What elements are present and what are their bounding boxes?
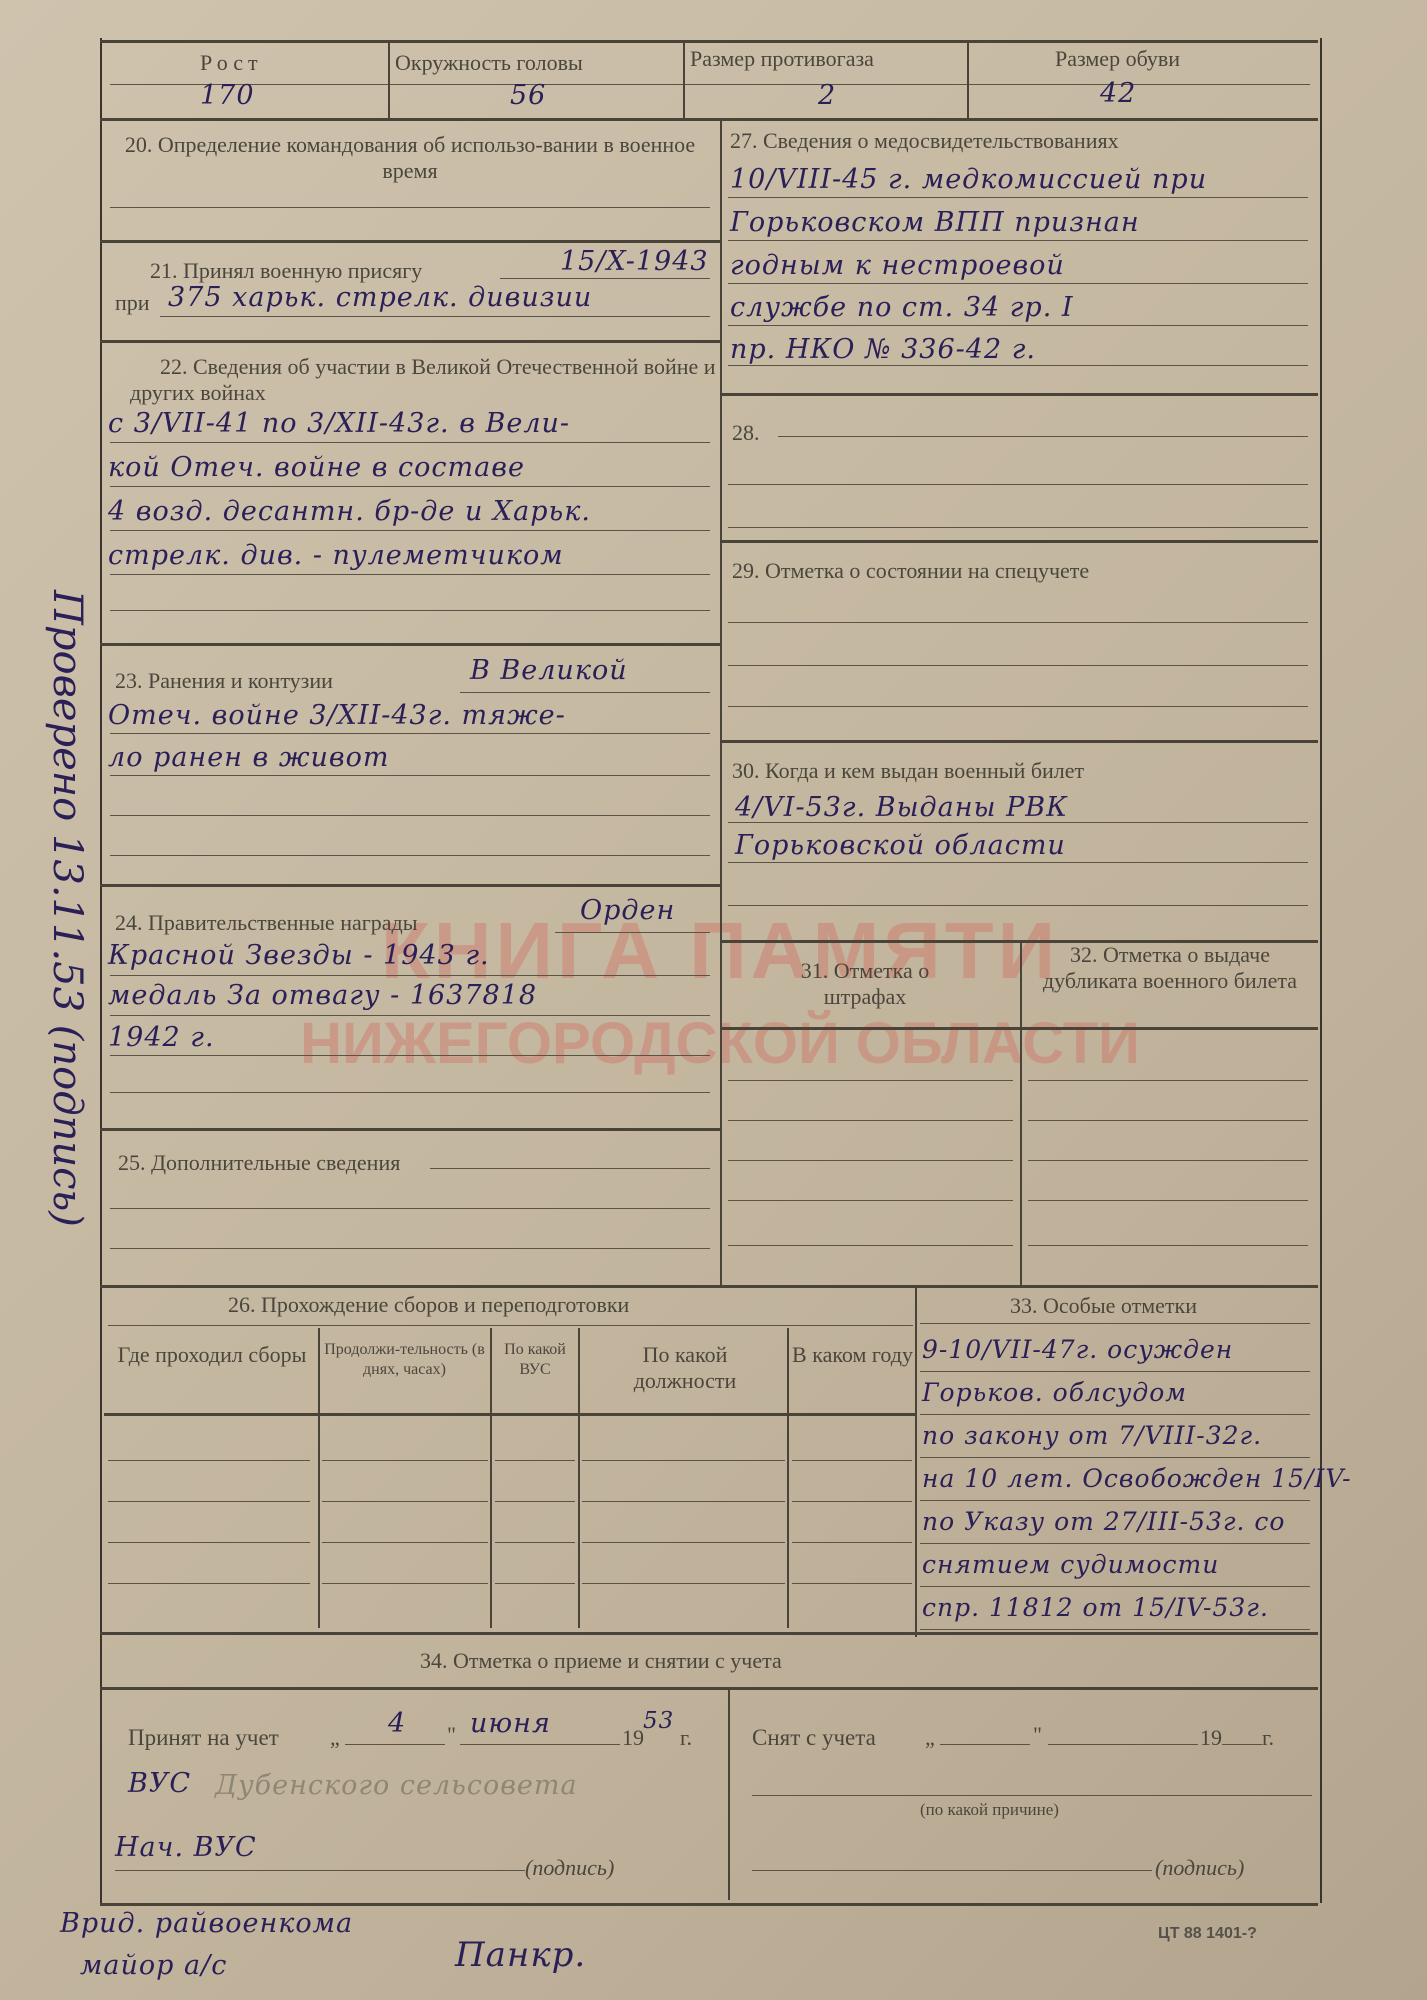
section-22-line-4: стрелк. див. - пулеметчиком [108, 540, 564, 571]
table-row-rule [108, 1583, 310, 1584]
table-row-rule [582, 1460, 785, 1461]
table-row-rule [108, 1501, 310, 1502]
section-23-line-2: Отеч. войне 3/XII-43г. тяже- [108, 700, 566, 731]
col-header-duration: Продолжи-тельность (в днях, часах) [322, 1340, 487, 1380]
accepted-day: 4 [388, 1708, 406, 1739]
accepted-stamp-vus: ВУС [128, 1768, 191, 1799]
section-24-line-4: 1942 г. [108, 1022, 215, 1053]
table-row-rule [792, 1583, 912, 1584]
removed-year-suffix: г. [1262, 1725, 1274, 1751]
table-row-rule [495, 1583, 575, 1584]
section-29-label: 29. Отметка о состоянии на спецучете [732, 558, 1089, 584]
section-25-label: 25. Дополнительные сведения [118, 1150, 400, 1176]
col-header-where: Где проходил сборы [112, 1342, 312, 1368]
table-row-rule [322, 1542, 488, 1543]
table-row-rule [582, 1542, 785, 1543]
section-21-label: 21. Принял военную присягу [150, 258, 422, 284]
section-34-title: 34. Отметка о приеме и снятии с учета [420, 1648, 782, 1674]
quote-open: „ [330, 1725, 340, 1751]
table-row-rule [322, 1460, 488, 1461]
accepted-signature-hint: (подпись) [525, 1855, 614, 1881]
section-33-rule [920, 1629, 1310, 1630]
section-33-line: спр. 11812 от 15/IV-53г. [922, 1593, 1269, 1622]
section-23-label: 23. Ранения и контузии [115, 668, 333, 694]
col-header-position: По какой должности [590, 1342, 780, 1394]
table-row-rule [495, 1542, 575, 1543]
section-21-unit: 375 харьк. стрелк. дивизии [168, 282, 592, 313]
section-33-rule [920, 1500, 1310, 1501]
table-row-rule [322, 1501, 488, 1502]
accepted-year-suffix: г. [680, 1725, 692, 1751]
section-21-date: 15/X-1943 [560, 246, 709, 277]
section-33-line: по Указу от 27/III-53г. со [922, 1507, 1286, 1536]
quote-close: " [447, 1722, 456, 1748]
table-row-rule [322, 1583, 488, 1584]
section-33-rule [920, 1457, 1310, 1458]
section-28-label: 28. [732, 420, 760, 446]
section-22-line-3: 4 возд. десантн. бр-де и Харьк. [108, 496, 591, 527]
footer-signature: Панкр. [455, 1935, 586, 1975]
removed-label: Снят с учета [752, 1725, 876, 1751]
accepted-year-prefix: 19 [622, 1725, 644, 1751]
quote-close-2: " [1033, 1722, 1042, 1748]
accepted-council-name: Дубенского сельсовета [215, 1770, 578, 1801]
accepted-year: 53 [643, 1708, 674, 1734]
section-33-rule [920, 1586, 1310, 1587]
section-24-line-2: Красной Звезды - 1943 г. [108, 940, 490, 971]
section-33-line: снятием судимости [922, 1550, 1219, 1579]
table-row-rule [582, 1501, 785, 1502]
section-20-label: 20. Определение командования об использо… [110, 132, 710, 184]
section-24-line-1: Орден [580, 895, 675, 926]
section-22-label: 22. Сведения об участии в Великой Отечес… [130, 354, 720, 406]
table-row-rule [495, 1501, 575, 1502]
quote-open-2: „ [925, 1725, 935, 1751]
col-header-vus: По какой ВУС [495, 1340, 575, 1380]
section-23-line-3: ло ранен в живот [108, 742, 390, 773]
removed-signature-hint: (подпись) [1155, 1855, 1244, 1881]
section-33-line: 9-10/VII-47г. осужден [922, 1335, 1233, 1364]
section-27-label: 27. Сведения о медосвидетельствованиях [730, 128, 1119, 154]
section-31-label: 31. Отметка о штрафах [760, 958, 970, 1010]
header-height: Рост [200, 50, 263, 76]
footer-signer-rank: майор а/с [80, 1950, 227, 1981]
section-24-label: 24. Правительственные награды [115, 910, 418, 936]
document-page: КНИГА ПАМЯТИ НИЖЕГОРОДСКОЙ ОБЛАСТИ Прове… [0, 0, 1427, 2000]
section-27-line-1: 10/VIII-45 г. медкомиссией при [730, 164, 1207, 195]
section-27-line-5: пр. НКО № 336-42 г. [730, 334, 1036, 365]
section-30-line-1: 4/VI-53г. Выданы РВК [735, 792, 1068, 823]
section-21-at-label: при [115, 290, 150, 316]
table-row-rule [792, 1460, 912, 1461]
section-27-line-3: годным к нестроевой [730, 250, 1065, 281]
header-shoe-size: Размер обуви [1055, 46, 1180, 72]
accepted-label: Принят на учет [128, 1725, 279, 1751]
section-22-line-1: с 3/VII-41 по 3/XII-43г. в Вели- [108, 408, 570, 439]
side-verification-note: Проверено 13.11.53 (подпись) [44, 590, 90, 1227]
header-head-circumference: Окружность головы [395, 50, 583, 76]
header-gasmask-size: Размер противогаза [690, 46, 874, 72]
section-33-rule [920, 1414, 1310, 1415]
section-33-rule [920, 1543, 1310, 1544]
accepted-month: июня [470, 1708, 551, 1739]
section-33-line: по закону от 7/VIII-32г. [922, 1421, 1262, 1450]
table-row-rule [108, 1542, 310, 1543]
section-26-title: 26. Прохождение сборов и переподготовки [228, 1292, 629, 1318]
section-30-label: 30. Когда и кем выдан военный билет [732, 758, 1084, 784]
section-24-line-3: медаль За отвагу - 1637818 [108, 980, 537, 1011]
value-gasmask-size: 2 [818, 80, 836, 111]
value-height: 170 [200, 80, 255, 111]
section-23-line-1: В Великой [470, 655, 628, 686]
table-row-rule [108, 1460, 310, 1461]
section-33-line: на 10 лет. Освобожден 15/IV- [922, 1464, 1352, 1493]
section-27-line-4: службе по ст. 34 гр. I [730, 292, 1074, 323]
section-30-line-2: Горьковской области [735, 830, 1066, 861]
table-row-rule [792, 1542, 912, 1543]
value-shoe-size: 42 [1100, 78, 1136, 109]
removed-reason-hint: (по какой причине) [920, 1800, 1059, 1820]
removed-year-prefix: 19 [1200, 1725, 1222, 1751]
section-33-title: 33. Особые отметки [1010, 1293, 1197, 1319]
col-header-year: В каком году [790, 1342, 915, 1368]
section-33-rule [920, 1371, 1310, 1372]
section-27-line-2: Горьковском ВПП признан [730, 207, 1140, 238]
table-row-rule [582, 1583, 785, 1584]
section-32-label: 32. Отметка о выдаче дубликата военного … [1030, 942, 1310, 994]
accepted-signer: Нач. ВУС [115, 1832, 257, 1863]
section-33-line: Горьков. облсудом [922, 1378, 1187, 1407]
value-head-circumference: 56 [510, 80, 546, 111]
section-22-line-2: кой Отеч. войне в составе [108, 452, 525, 483]
table-row-rule [792, 1501, 912, 1502]
print-code: ЦТ 88 1401-? [1158, 1925, 1257, 1943]
footer-signer-title: Врид. райвоенкома [60, 1908, 353, 1939]
table-row-rule [495, 1460, 575, 1461]
